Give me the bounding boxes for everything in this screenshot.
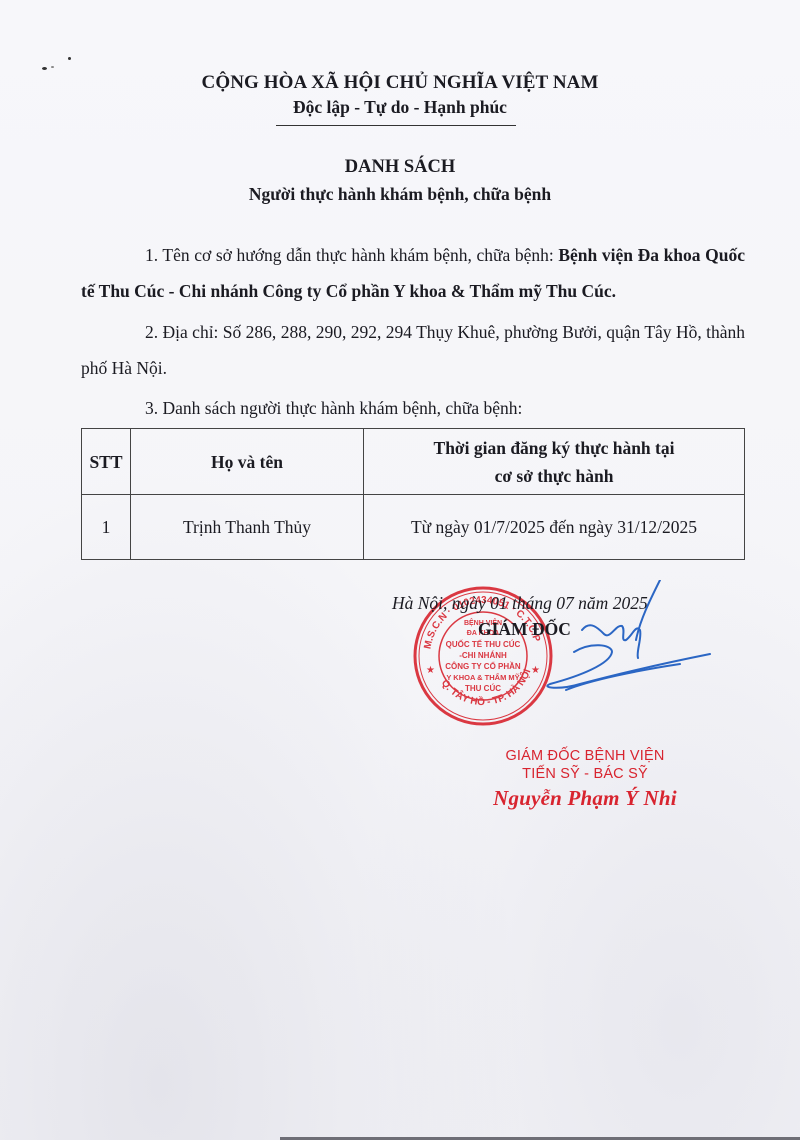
section-1: 1. Tên cơ sở hướng dẫn thực hành khám bệ… [81,237,745,309]
section-2-address: 2. Địa chỉ: Số 286, 288, 290, 292, 294 T… [81,314,745,386]
address-text: 2. Địa chỉ: Số 286, 288, 290, 292, 294 T… [81,322,745,378]
document-title: DANH SÁCH [0,157,800,178]
stamp-line-3: QUỐC TẾ THU CÚC [446,639,521,649]
document-page: CỘNG HÒA XÃ HỘI CHỦ NGHĨA VIỆT NAM Độc l… [0,0,800,1140]
stamp-line-7: THU CÚC [465,684,501,693]
national-motto: Độc lập - Tự do - Hạnh phúc [0,97,800,118]
stamp-line-6: Y KHOA & THẨM MỸ [446,673,519,682]
header-stt: STT [82,429,131,495]
stamp-line-5: CÔNG TY CỔ PHẦN [445,661,521,671]
header-period-line2: cơ sở thực hành [495,466,614,486]
table-row: 1 Trịnh Thanh Thủy Từ ngày 01/7/2025 đến… [82,495,745,560]
section-1-label: 1. Tên cơ sở hướng dẫn thực hành khám bệ… [145,245,558,265]
header-period: Thời gian đăng ký thực hành tại cơ sở th… [364,429,745,495]
director-degree-stamp: TIẾN SỸ - BÁC SỸ [480,766,690,782]
section-3: 3. Danh sách người thực hành khám bệnh, … [81,390,745,426]
practitioner-table: STT Họ và tên Thời gian đăng ký thực hàn… [81,428,745,560]
cell-period: Từ ngày 01/7/2025 đến ngày 31/12/2025 [364,495,745,560]
cell-stt: 1 [82,495,131,560]
motto-underline [276,125,516,126]
director-name-stamp: Nguyễn Phạm Ý Nhi [480,786,690,811]
svg-text:★: ★ [531,665,540,676]
handwritten-signature-icon [540,580,740,720]
stamp-line-4: -CHI NHÁNH [459,651,507,660]
table-header-row: STT Họ và tên Thời gian đăng ký thực hàn… [82,429,745,495]
svg-text:★: ★ [426,665,435,676]
national-title: CỘNG HÒA XÃ HỘI CHỦ NGHĨA VIỆT NAM [0,72,800,94]
header-name: Họ và tên [131,429,364,495]
header-period-line1: Thời gian đăng ký thực hành tại [434,438,675,458]
director-title-stamp: GIÁM ĐỐC BỆNH VIỆN [480,748,690,764]
section-3-text: 3. Danh sách người thực hành khám bệnh, … [145,398,522,418]
document-subtitle: Người thực hành khám bệnh, chữa bệnh [0,184,800,205]
cell-name: Trịnh Thanh Thủy [131,495,364,560]
